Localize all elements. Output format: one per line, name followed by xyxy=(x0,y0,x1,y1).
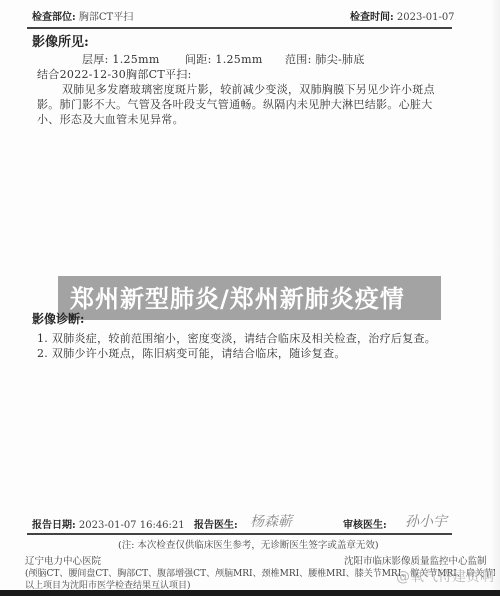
disclaimer-note: (注: 本次检查仅供临床医生参考，无诊断医生签字或盖章无效) xyxy=(118,537,379,551)
review-doctor-signature: 孙小宇 xyxy=(405,511,447,531)
exam-time: 检查时间: 2023-01-07 xyxy=(350,8,455,23)
review-doctor-label: 审核医生: xyxy=(343,516,387,531)
banner-title: 郑州新型肺炎/郑州新肺炎疫情 xyxy=(70,279,405,314)
watermark-text: @氧气待建资啊 xyxy=(396,566,494,586)
diagnosis-title: 影像诊断: xyxy=(32,310,84,327)
quality-monitor: 沈阳市临床影像质量监控中心监制 xyxy=(344,553,487,567)
exam-site: 检查部位: 胸部CT平扫 xyxy=(32,8,133,23)
findings-line: 结合2022-12-30胸部CT平扫: xyxy=(37,66,192,82)
exam-site-label: 检查部位: xyxy=(32,12,76,23)
exam-time-label: 检查时间: xyxy=(350,12,394,23)
footer-divider xyxy=(27,533,452,535)
report-date: 报告日期: 2023-01-07 16:46:21 xyxy=(32,516,185,531)
header-divider xyxy=(27,27,452,29)
diagnosis-item: 1. 双肺炎症，较前范围缩小，密度变淡，请结合临床及相关检查，治疗后复查。 xyxy=(37,330,436,346)
exam-site-value: 胸部CT平扫 xyxy=(79,12,133,23)
report-doctor-label: 报告医生: xyxy=(194,516,238,531)
exam-time-value: 2023-01-07 xyxy=(397,12,455,23)
slice-thickness: 层厚: 1.25mm xyxy=(82,51,160,67)
findings-title: 影像所见: xyxy=(32,31,89,50)
findings-line: 双肺见多发磨玻璃密度斑片影，较前减少变淡，双肺胸膜下另见少许小斑点 xyxy=(62,81,435,97)
findings-line: 影。肺门影不大。气管及各叶段支气管通畅。纵隔内未见肿大淋巴结影。心脏大 xyxy=(37,96,433,112)
hospital-name: 辽宁电力中心医院 xyxy=(25,553,101,567)
report-doctor-signature: 杨森蕲 xyxy=(250,511,292,531)
findings-line: 小、形态及大血管未见异常。 xyxy=(37,111,184,127)
bottom-dark-border xyxy=(0,590,500,596)
report-date-value: 2023-01-07 16:46:21 xyxy=(79,520,185,531)
diagnosis-item: 2. 双肺少许小斑点，陈旧病变可能，请结合临床，随诊复查。 xyxy=(37,345,346,361)
report-date-label: 报告日期: xyxy=(32,520,76,531)
page-edge-shadow xyxy=(492,0,500,590)
slice-spacing: 间距: 1.25mm xyxy=(185,51,263,67)
scan-range: 范围: 肺尖-肺底 xyxy=(285,51,365,67)
